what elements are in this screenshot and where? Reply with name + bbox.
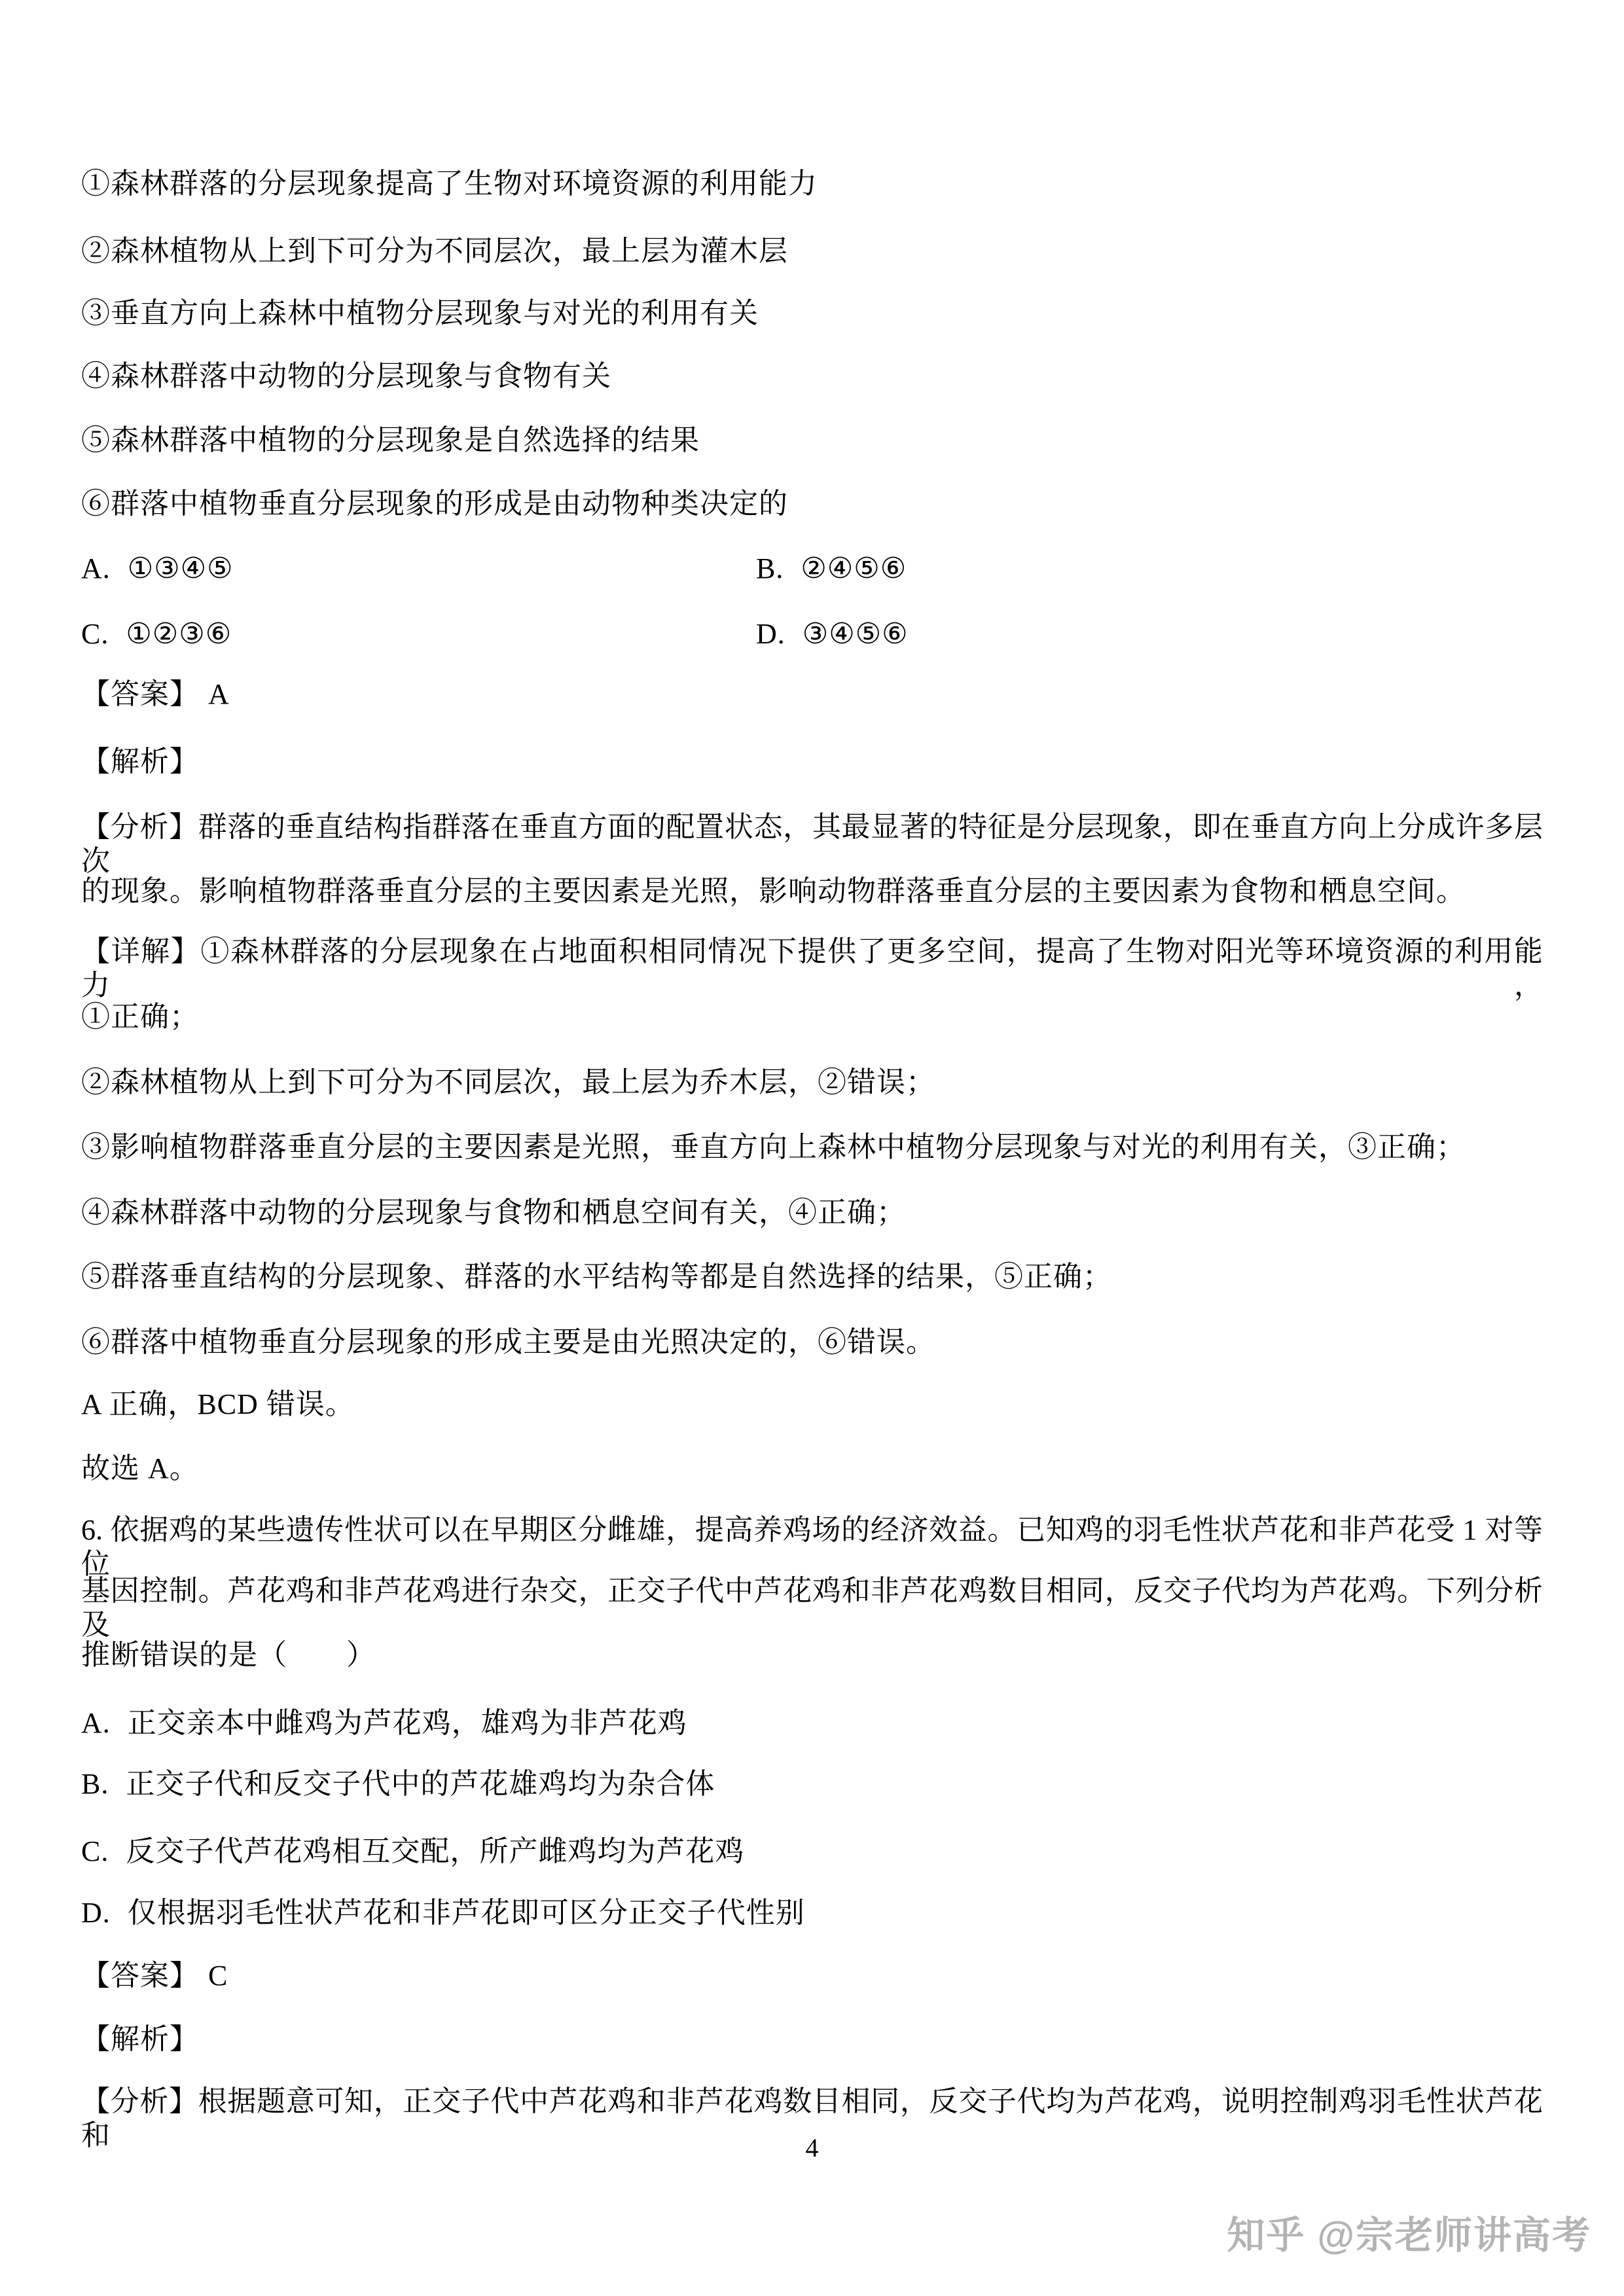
q5-detail-line-8: A 正确，BCD 错误。: [81, 1388, 355, 1422]
q6-option-a-text: 正交亲本中雌鸡为芦花鸡，雄鸡为非芦花鸡: [128, 1707, 687, 1739]
q6-option-a: A.正交亲本中雌鸡为芦花鸡，雄鸡为非芦花鸡: [81, 1706, 687, 1740]
q5-statement-5: ⑤森林群落中植物的分层现象是自然选择的结果: [81, 423, 700, 457]
q6-option-b-text: 正交子代和反交子代中的芦花雄鸡均为杂合体: [126, 1768, 715, 1800]
q5-detail-line-2: ①正确；: [81, 1000, 199, 1034]
q6-option-d-text: 仅根据羽毛性状芦花和非芦花即可区分正交子代性别: [128, 1897, 805, 1929]
q5-conclusion-line: 故选 A。: [81, 1452, 199, 1486]
q5-statement-6: ⑥群落中植物垂直分层现象的形成是由动物种类决定的: [81, 487, 788, 521]
q5-option-b: B.②④⑤⑥: [756, 552, 907, 586]
q6-answer-label: 【答案】: [81, 1960, 199, 1992]
q5-option-a: A.①③④⑤: [81, 552, 234, 584]
watermark: 知乎 @宗老师讲高考: [1227, 2204, 1591, 2259]
page-number: 4: [0, 2132, 1624, 2163]
q5-detail-line-3: ②森林植物从上到下可分为不同层次，最上层为乔木层，②错误；: [81, 1066, 935, 1100]
q5-detail-line-1: 【详解】①森林群落的分层现象在占地面积相同情况下提供了更多空间，提高了生物对阳光…: [81, 935, 1543, 1003]
q6-option-d: D.仅根据羽毛性状芦花和非芦花即可区分正交子代性别: [81, 1896, 805, 1930]
q5-option-b-label: B.: [756, 552, 784, 584]
q5-option-c-text: ①②③⑥: [126, 618, 232, 650]
q5-detail-line-6: ⑤群落垂直结构的分层现象、群落的水平结构等都是自然选择的结果，⑤正确；: [81, 1260, 1112, 1294]
q5-answer-line: 【答案】A: [81, 677, 230, 711]
q5-statement-4: ④森林群落中动物的分层现象与食物有关: [81, 359, 611, 393]
q5-option-c-label: C.: [81, 618, 109, 650]
q6-option-a-label: A.: [81, 1707, 111, 1739]
q5-statement-1: ①森林群落的分层现象提高了生物对环境资源的利用能力: [81, 167, 818, 201]
exam-answer-page: ①森林群落的分层现象提高了生物对环境资源的利用能力 ②森林植物从上到下可分为不同…: [0, 0, 1624, 2296]
q5-statement-3: ③垂直方向上森林中植物分层现象与对光的利用有关: [81, 296, 759, 331]
q5-option-a-text: ①③④⑤: [128, 552, 234, 584]
q6-option-c-text: 反交子代芦花鸡相互交配，所产雌鸡均为芦花鸡: [126, 1835, 744, 1867]
q5-option-d: D.③④⑤⑥: [756, 617, 909, 651]
q6-answer-value: C: [208, 1960, 228, 1992]
q6-analysis-header: 【解析】: [81, 2022, 199, 2056]
q5-options-row-1: A.①③④⑤ B.②④⑤⑥: [81, 552, 1543, 586]
q5-option-b-text: ②④⑤⑥: [801, 552, 907, 584]
q6-option-c: C.反交子代芦花鸡相互交配，所产雌鸡均为芦花鸡: [81, 1835, 744, 1869]
q5-analysis-line-2: 的现象。影响植物群落垂直分层的主要因素是光照，影响动物群落垂直分层的主要因素为食…: [81, 874, 1466, 908]
q5-option-a-label: A.: [81, 552, 111, 584]
q5-detail-line-4: ③影响植物群落垂直分层的主要因素是光照，垂直方向上森林中植物分层现象与对光的利用…: [81, 1130, 1466, 1164]
q6-stem-line-1: 6. 依据鸡的某些遗传性状可以在早期区分雌雄，提高养鸡场的经济效益。已知鸡的羽毛…: [81, 1513, 1543, 1581]
q5-analysis-line-1: 【分析】群落的垂直结构指群落在垂直方面的配置状态，其最显著的特征是分层现象，即在…: [81, 810, 1543, 878]
q6-option-c-label: C.: [81, 1835, 109, 1867]
q5-statement-2: ②森林植物从上到下可分为不同层次，最上层为灌木层: [81, 234, 788, 268]
q6-option-d-label: D.: [81, 1897, 111, 1929]
q5-options-row-2: C.①②③⑥ D.③④⑤⑥: [81, 617, 1543, 651]
q6-option-b-label: B.: [81, 1768, 109, 1800]
q5-answer-label: 【答案】: [81, 678, 199, 710]
q5-option-d-text: ③④⑤⑥: [803, 618, 909, 650]
q6-option-b: B.正交子代和反交子代中的芦花雄鸡均为杂合体: [81, 1767, 715, 1801]
q5-detail-line-7: ⑥群落中植物垂直分层现象的形成主要是由光照决定的，⑥错误。: [81, 1325, 935, 1359]
q5-answer-value: A: [208, 678, 230, 710]
q5-option-d-label: D.: [756, 618, 785, 650]
q5-analysis-header: 【解析】: [81, 745, 199, 779]
q5-detail-line-5: ④森林群落中动物的分层现象与食物和栖息空间有关，④正确；: [81, 1196, 906, 1230]
q6-stem-line-2: 基因控制。芦花鸡和非芦花鸡进行杂交，正交子代中芦花鸡和非芦花鸡数目相同，反交子代…: [81, 1574, 1543, 1642]
q6-stem-line-3: 推断错误的是（ ）: [81, 1638, 376, 1672]
q5-option-c: C.①②③⑥: [81, 618, 232, 650]
q6-answer-line: 【答案】C: [81, 1959, 228, 1993]
